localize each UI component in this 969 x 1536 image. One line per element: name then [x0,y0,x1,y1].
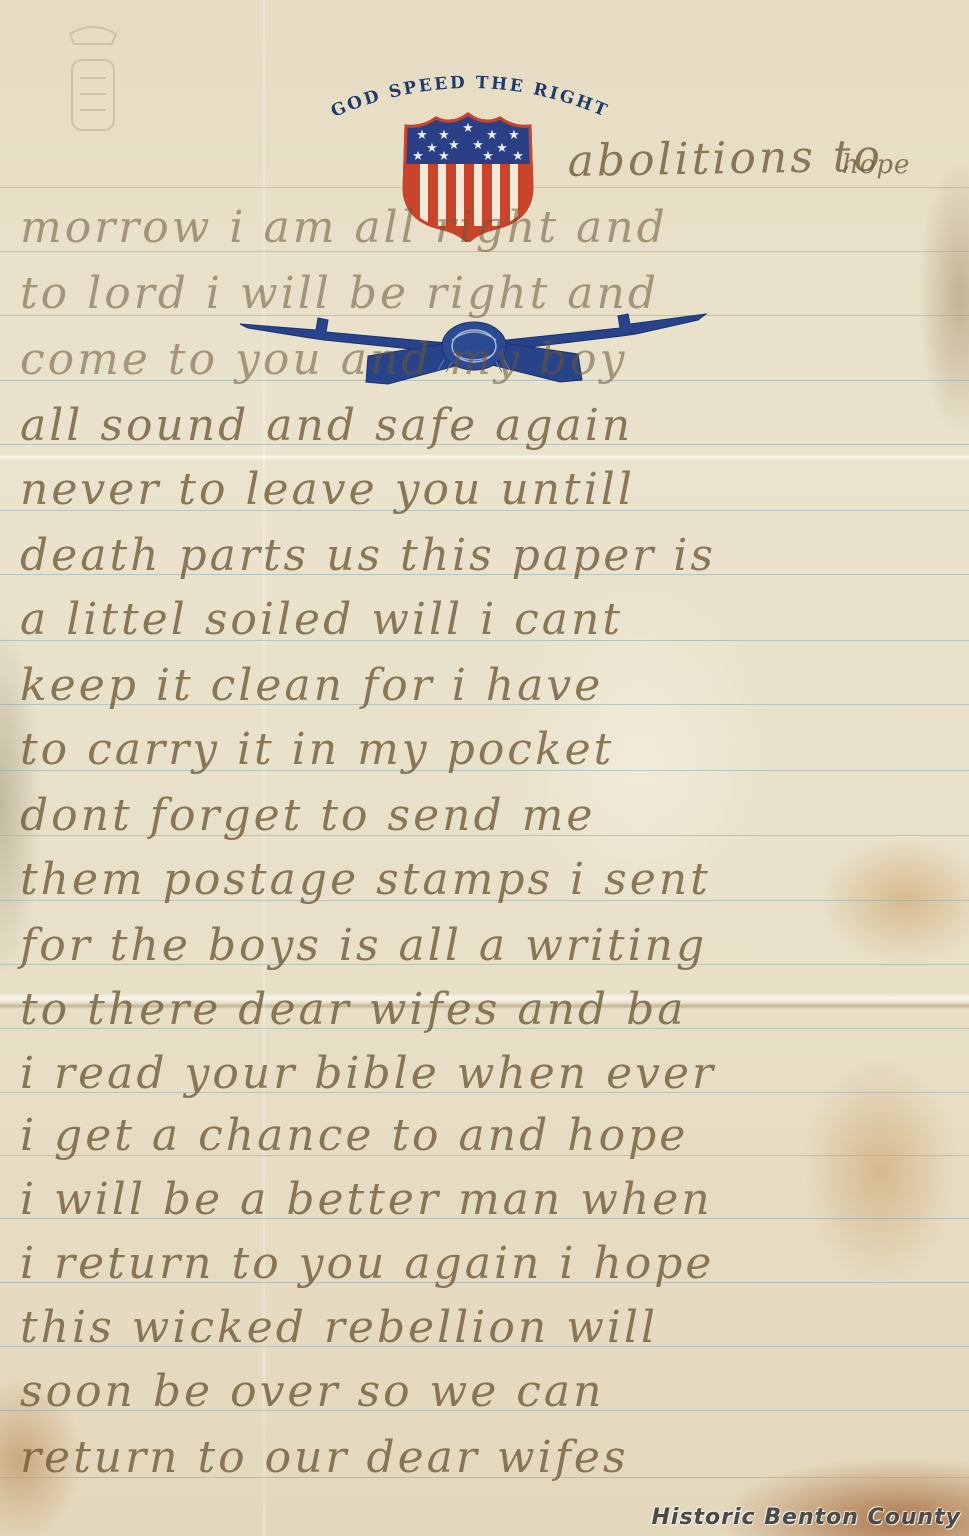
handwritten-line: a littel soiled will i cant [20,598,623,642]
handwritten-line: i return to you again i hope [20,1242,714,1286]
handwritten-line: soon be over so we can [20,1370,604,1414]
handwritten-line: to carry it in my pocket [20,728,614,772]
handwritten-line: abolitions to [567,135,883,184]
watermark-credit: Historic Benton County [651,1505,961,1530]
svg-text:★: ★ [482,149,494,164]
handwritten-line: morrow i am all right and [20,206,668,250]
handwritten-line: dont forget to send me [20,794,595,838]
paper-fold-crease [0,454,969,460]
svg-text:★: ★ [426,141,438,156]
handwritten-line: all sound and safe again [20,404,633,448]
svg-text:★: ★ [496,141,508,156]
letter-page: GOD SPEED THE RIGHT ★ ★★★★ ★★ [0,0,969,1536]
svg-text:★: ★ [412,149,424,164]
handwritten-line: i will be a better man when [20,1178,713,1222]
svg-text:★: ★ [508,128,520,143]
embossed-crest-icon [62,20,124,140]
handwritten-line: death parts us this paper is [20,534,716,578]
handwritten-line: this wicked rebellion will [20,1306,658,1350]
handwritten-line: return to our dear wifes [20,1436,629,1480]
handwritten-line: come to you and my boy [20,338,628,382]
handwritten-line: for the boys is all a writing [20,924,707,968]
handwritten-line: to there dear wifes and ba [20,988,686,1032]
svg-text:★: ★ [512,149,524,164]
handwritten-line: never to leave you untill [20,468,635,512]
handwritten-line: them postage stamps i sent [20,858,711,902]
handwritten-line: i get a chance to and hope [20,1114,688,1158]
handwritten-line: keep it clean for i have [20,664,603,708]
svg-text:★: ★ [462,121,474,136]
handwritten-line: to lord i will be right and [20,272,659,316]
svg-text:★: ★ [448,138,460,153]
handwritten-line: i read your bible when ever [20,1052,716,1096]
svg-text:★: ★ [438,149,450,164]
